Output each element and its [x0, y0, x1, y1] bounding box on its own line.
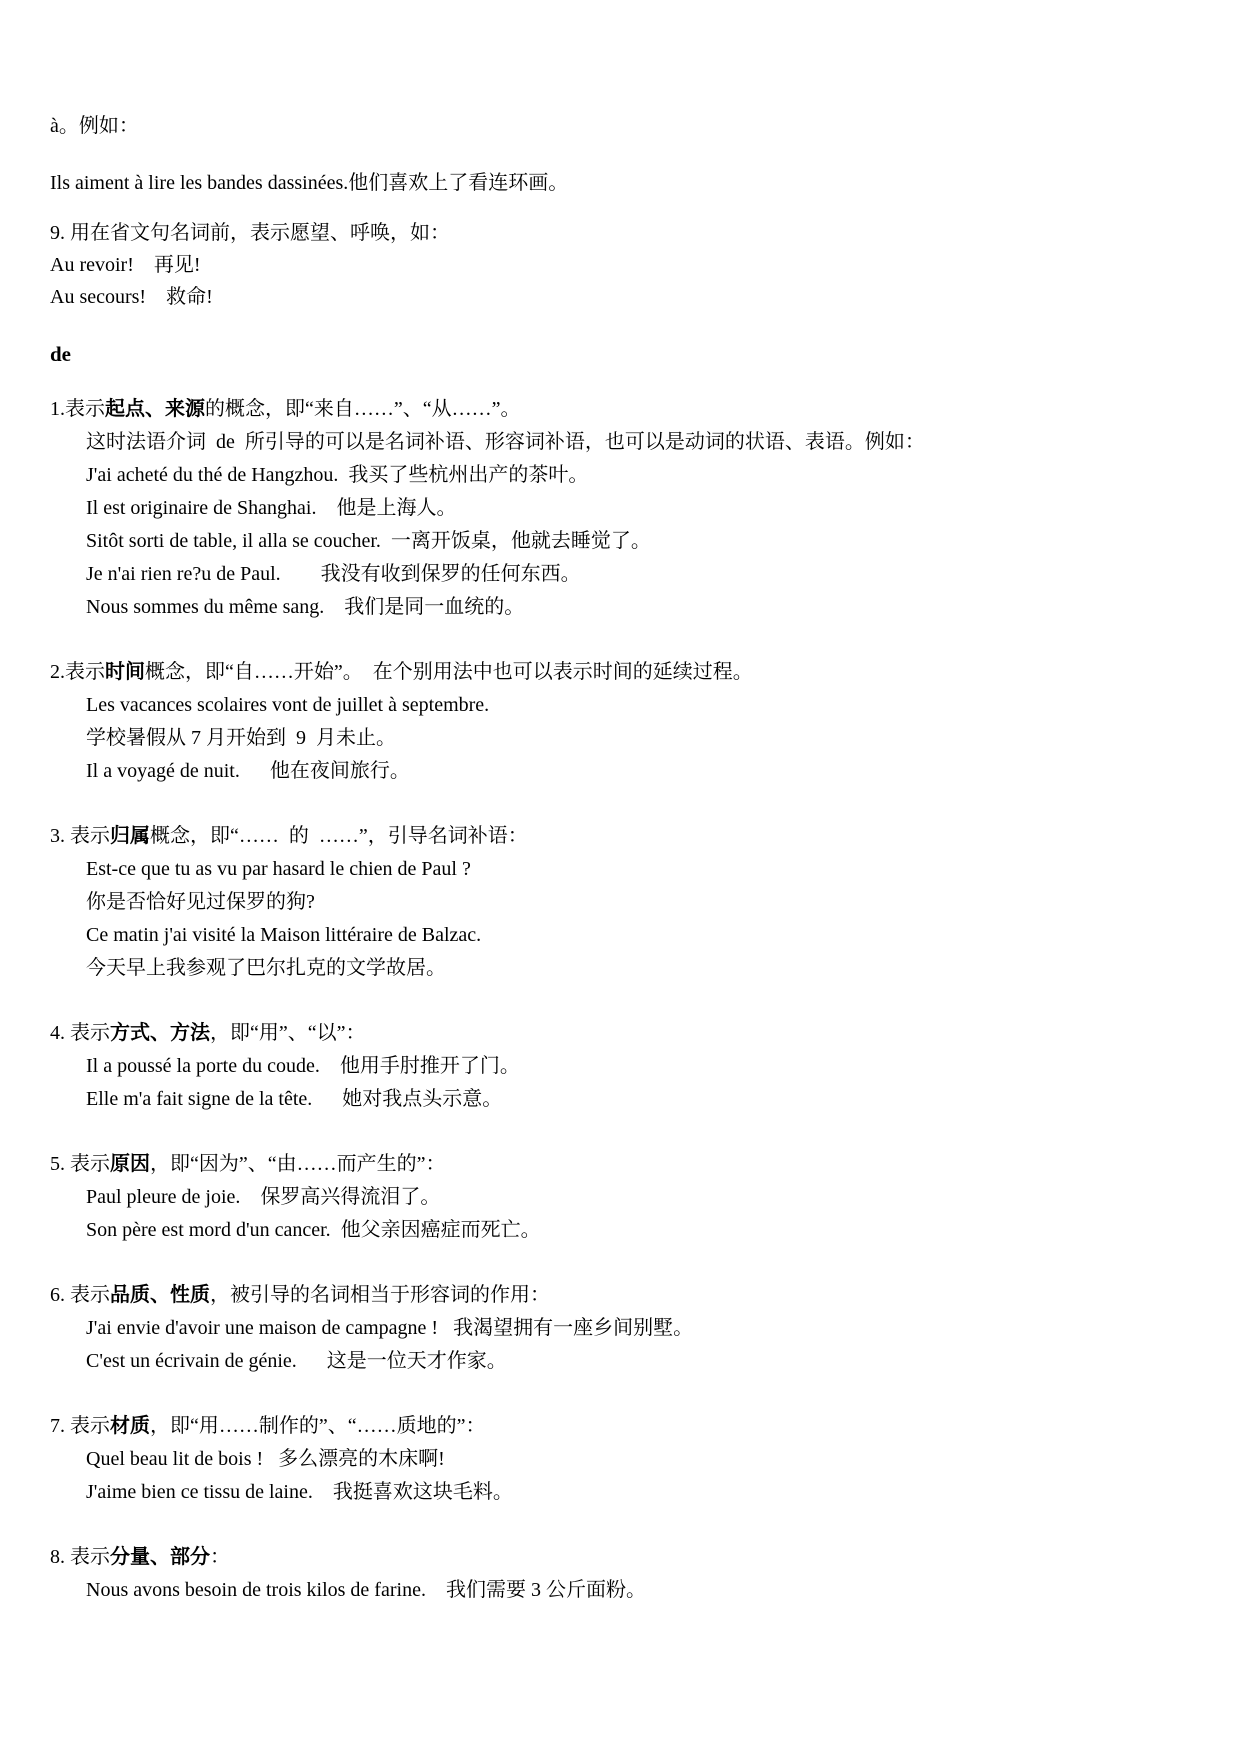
section-7: 7. 表示材质，即“用……制作的”、“……质地的”： Quel beau lit…	[50, 1410, 1205, 1509]
example-line: Au revoir! 再见!	[50, 249, 1205, 281]
heading-suffix: ，即“用……制作的”、“……质地的”：	[150, 1415, 486, 1437]
example-line: Il a voyagé de nuit. 他在夜间旅行。	[50, 755, 1205, 788]
heading-bold-term: 时间	[105, 661, 145, 683]
heading-prefix: 4. 表示	[50, 1022, 110, 1044]
section-heading: 6. 表示品质、性质，被引导的名词相当于形容词的作用：	[50, 1279, 1205, 1312]
heading-prefix: 3. 表示	[50, 825, 110, 847]
heading-suffix: ：	[210, 1546, 230, 1568]
heading-bold-term: 分量、部分	[110, 1546, 210, 1568]
section-8: 8. 表示分量、部分： Nous avons besoin de trois k…	[50, 1541, 1205, 1607]
heading-bold-term: 原因	[110, 1153, 150, 1175]
heading-prefix: 1.表示	[50, 398, 105, 420]
heading-suffix: 概念，即“…… 的 ……”，引导名词补语：	[150, 825, 528, 847]
heading-suffix: ，即“用”、“以”：	[210, 1022, 366, 1044]
document-content: à。例如： Ils aiment à lire les bandes dassi…	[0, 0, 1241, 1607]
section-heading: 8. 表示分量、部分：	[50, 1541, 1205, 1574]
intro-paragraph-1: à。例如：	[50, 110, 1205, 143]
section-6: 6. 表示品质、性质，被引导的名词相当于形容词的作用： J'ai envie d…	[50, 1279, 1205, 1378]
example-line: 你是否恰好见过保罗的狗?	[50, 886, 1205, 919]
section-heading: 5. 表示原因，即“因为”、“由……而产生的”：	[50, 1148, 1205, 1181]
example-line: C'est un écrivain de génie. 这是一位天才作家。	[50, 1345, 1205, 1378]
section-heading: 2.表示时间概念，即“自……开始”。 在个别用法中也可以表示时间的延续过程。	[50, 656, 1205, 689]
example-line: Elle m'a fait signe de la tête. 她对我点头示意。	[50, 1083, 1205, 1116]
example-line: J'ai envie d'avoir une maison de campagn…	[50, 1312, 1205, 1345]
section-2: 2.表示时间概念，即“自……开始”。 在个别用法中也可以表示时间的延续过程。 L…	[50, 656, 1205, 788]
heading-bold-term: 方式、方法	[110, 1022, 210, 1044]
example-line: Sitôt sorti de table, il alla se coucher…	[50, 525, 1205, 558]
intro-line: à。例如：	[50, 110, 1205, 143]
heading-suffix: 概念，即“自……开始”。 在个别用法中也可以表示时间的延续过程。	[145, 661, 753, 683]
section-3: 3. 表示归属概念，即“…… 的 ……”，引导名词补语： Est-ce que …	[50, 820, 1205, 985]
section-1: 1.表示起点、来源的概念，即“来自……”、“从……”。 这时法语介词 de 所引…	[50, 393, 1205, 624]
example-line: Est-ce que tu as vu par hasard le chien …	[50, 853, 1205, 886]
section-heading: 3. 表示归属概念，即“…… 的 ……”，引导名词补语：	[50, 820, 1205, 853]
example-line: Paul pleure de joie. 保罗高兴得流泪了。	[50, 1181, 1205, 1214]
heading-prefix: 2.表示	[50, 661, 105, 683]
example-line: Nous sommes du même sang. 我们是同一血统的。	[50, 591, 1205, 624]
example-line: Quel beau lit de bois ! 多么漂亮的木床啊!	[50, 1443, 1205, 1476]
heading-prefix: 5. 表示	[50, 1153, 110, 1175]
example-line: Au secours! 救命!	[50, 281, 1205, 313]
heading-suffix: 的概念，即“来自……”、“从……”。	[205, 398, 521, 420]
section-heading: 7. 表示材质，即“用……制作的”、“……质地的”：	[50, 1410, 1205, 1443]
section-4: 4. 表示方式、方法，即“用”、“以”： Il a poussé la port…	[50, 1017, 1205, 1116]
heading-suffix: ，即“因为”、“由……而产生的”：	[150, 1153, 446, 1175]
example-line: J'aime bien ce tissu de laine. 我挺喜欢这块毛料。	[50, 1476, 1205, 1509]
example-line: Je n'ai rien re?u de Paul. 我没有收到保罗的任何东西。	[50, 558, 1205, 591]
intro-line: Ils aiment à lire les bandes dassinées.他…	[50, 167, 1205, 200]
example-line: 今天早上我参观了巴尔扎克的文学故居。	[50, 952, 1205, 985]
section-heading: 1.表示起点、来源的概念，即“来自……”、“从……”。	[50, 393, 1205, 426]
example-line: 学校暑假从 7 月开始到 9 月未止。	[50, 722, 1205, 755]
heading-bold-term: 起点、来源	[105, 398, 205, 420]
heading-bold-term: 材质	[110, 1415, 150, 1437]
section-heading: 4. 表示方式、方法，即“用”、“以”：	[50, 1017, 1205, 1050]
document-page: à。例如： Ils aiment à lire les bandes dassi…	[0, 0, 1241, 1754]
intro-paragraph-3: 9. 用在省文句名词前，表示愿望、呼唤，如： Au revoir! 再见! Au…	[50, 217, 1205, 313]
heading-prefix: 8. 表示	[50, 1546, 110, 1568]
rule-9-heading: 9. 用在省文句名词前，表示愿望、呼唤，如：	[50, 217, 1205, 249]
heading-bold-term: 品质、性质	[110, 1284, 210, 1306]
heading-suffix: ，被引导的名词相当于形容词的作用：	[210, 1284, 550, 1306]
example-line: J'ai acheté du thé de Hangzhou. 我买了些杭州出产…	[50, 459, 1205, 492]
example-line: Il a poussé la porte du coude. 他用手肘推开了门。	[50, 1050, 1205, 1083]
intro-paragraph-2: Ils aiment à lire les bandes dassinées.他…	[50, 167, 1205, 200]
heading-bold-term: 归属	[110, 825, 150, 847]
heading-prefix: 6. 表示	[50, 1284, 110, 1306]
example-line: Ce matin j'ai visité la Maison littérair…	[50, 919, 1205, 952]
explanation-line: 这时法语介词 de 所引导的可以是名词补语、形容词补语，也可以是动词的状语、表语…	[50, 426, 1205, 459]
example-line: Son père est mord d'un cancer. 他父亲因癌症而死亡…	[50, 1214, 1205, 1247]
example-line: Nous avons besoin de trois kilos de fari…	[50, 1574, 1205, 1607]
de-section-title: de	[50, 335, 1205, 373]
example-line: Les vacances scolaires vont de juillet à…	[50, 689, 1205, 722]
example-line: Il est originaire de Shanghai. 他是上海人。	[50, 492, 1205, 525]
section-5: 5. 表示原因，即“因为”、“由……而产生的”： Paul pleure de …	[50, 1148, 1205, 1247]
heading-prefix: 7. 表示	[50, 1415, 110, 1437]
